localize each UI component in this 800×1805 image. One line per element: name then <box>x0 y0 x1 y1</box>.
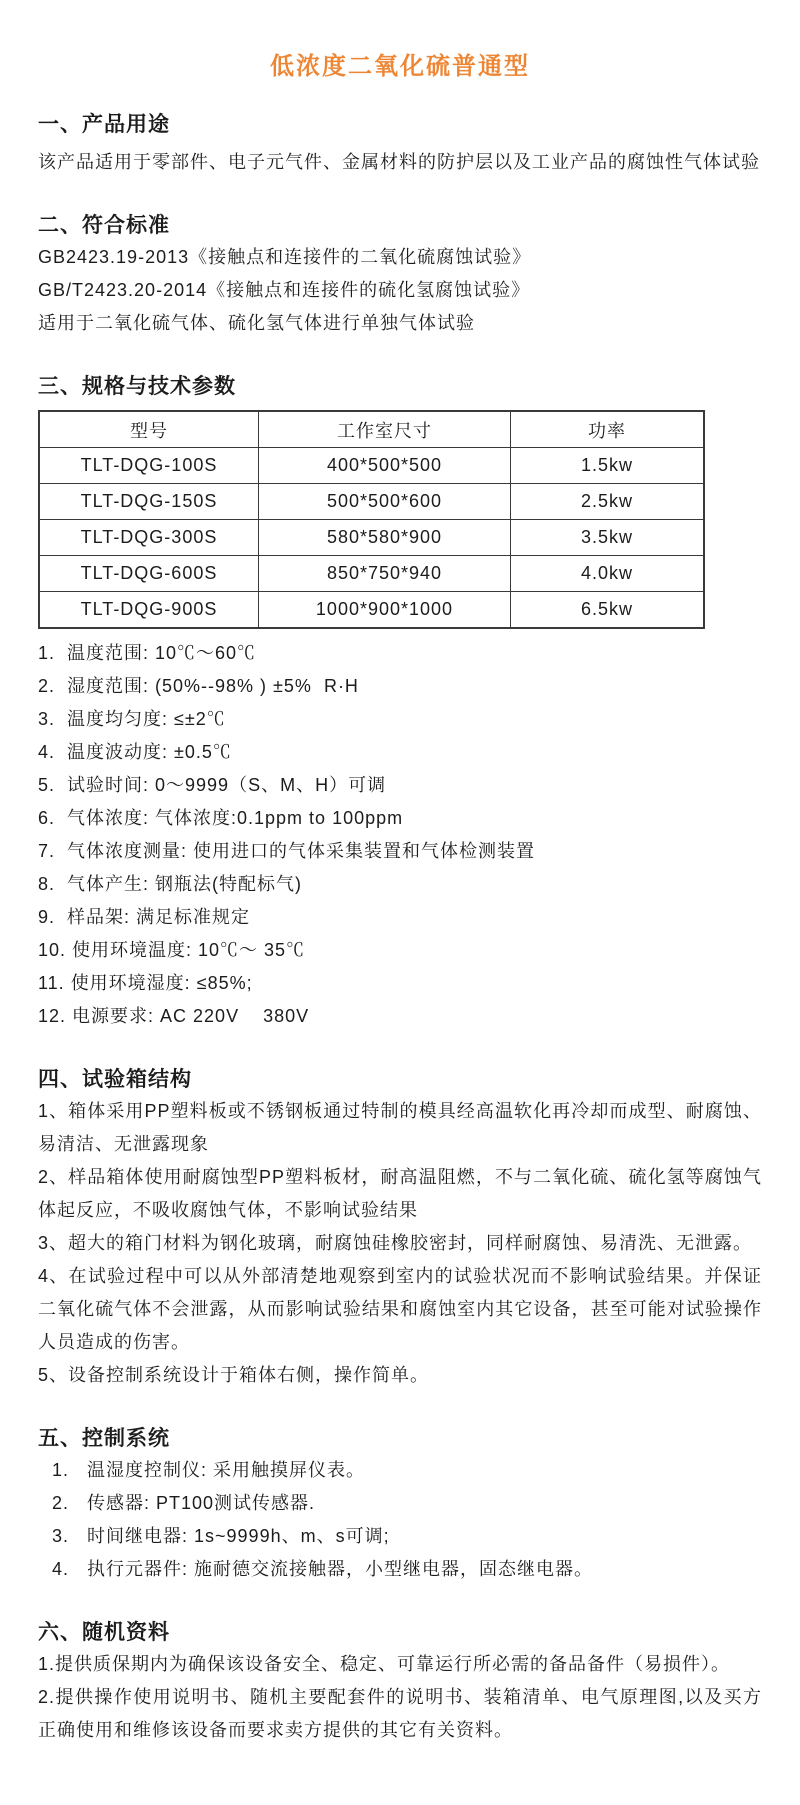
table-cell-model: TLT-DQG-100S <box>39 448 259 484</box>
spec-item: 2. 湿度范围: (50%--98% ) ±5% R·H <box>38 670 762 703</box>
table-row: TLT-DQG-100S 400*500*500 1.5kw <box>39 448 704 484</box>
spec-item: 11. 使用环境湿度: ≤85%; <box>38 967 762 1000</box>
section-heading-documents: 六、随机资料 <box>38 1618 762 1648</box>
documents-paragraph: 2.提供操作使用说明书、随机主要配套件的说明书、装箱清单、电气原理图,以及买方正… <box>38 1681 762 1747</box>
spec-item: 5. 试验时间: 0～9999（S、M、H）可调 <box>38 769 762 802</box>
spec-item: 12. 电源要求: AC 220V 380V <box>38 1000 762 1033</box>
spec-item: 7. 气体浓度测量: 使用进口的气体采集装置和气体检测装置 <box>38 835 762 868</box>
control-system-item: 4. 执行元器件: 施耐德交流接触器，小型继电器，固态继电器。 <box>38 1553 762 1586</box>
control-system-item: 1. 温湿度控制仪: 采用触摸屏仪表。 <box>38 1454 762 1487</box>
documents-paragraph: 1.提供质保期内为确保该设备安全、稳定、可靠运行所必需的备品备件（易损件）。 <box>38 1648 762 1681</box>
structure-paragraphs: 1、箱体采用PP塑料板或不锈钢板通过特制的模具经高温软化再冷却而成型、耐腐蚀、易… <box>38 1095 762 1392</box>
table-cell-power: 3.5kw <box>511 520 705 556</box>
section-heading-control-system: 五、控制系统 <box>38 1424 762 1454</box>
standard-line: GB/T2423.20-2014《接触点和连接件的硫化氢腐蚀试验》 <box>38 274 762 307</box>
table-cell-size: 1000*900*1000 <box>259 592 511 629</box>
table-cell-model: TLT-DQG-300S <box>39 520 259 556</box>
structure-paragraph: 3、超大的箱门材料为钢化玻璃，耐腐蚀硅橡胶密封，同样耐腐蚀、易清洗、无泄露。 <box>38 1227 762 1260</box>
table-cell-power: 6.5kw <box>511 592 705 629</box>
control-system-list: 1. 温湿度控制仪: 采用触摸屏仪表。 2. 传感器: PT100测试传感器. … <box>38 1454 762 1586</box>
spec-item: 9. 样品架: 满足标准规定 <box>38 901 762 934</box>
section-heading-specs: 三、规格与技术参数 <box>38 372 762 402</box>
standard-line: 适用于二氧化硫气体、硫化氢气体进行单独气体试验 <box>38 307 762 340</box>
structure-paragraph: 1、箱体采用PP塑料板或不锈钢板通过特制的模具经高温软化再冷却而成型、耐腐蚀、易… <box>38 1095 762 1161</box>
control-system-item: 2. 传感器: PT100测试传感器. <box>38 1487 762 1520</box>
standard-line: GB2423.19-2013《接触点和连接件的二氧化硫腐蚀试验》 <box>38 241 762 274</box>
table-cell-model: TLT-DQG-600S <box>39 556 259 592</box>
spec-item: 1. 温度范围: 10℃～60℃ <box>38 637 762 670</box>
structure-paragraph: 2、样品箱体使用耐腐蚀型PP塑料板材，耐高温阻燃，不与二氧化硫、硫化氢等腐蚀气体… <box>38 1161 762 1227</box>
table-cell-power: 2.5kw <box>511 484 705 520</box>
spec-table: 型号 工作室尺寸 功率 TLT-DQG-100S 400*500*500 1.5… <box>38 410 705 629</box>
spec-item: 6. 气体浓度: 气体浓度:0.1ppm to 100ppm <box>38 802 762 835</box>
table-cell-size: 850*750*940 <box>259 556 511 592</box>
table-cell-size: 580*580*900 <box>259 520 511 556</box>
table-row: TLT-DQG-300S 580*580*900 3.5kw <box>39 520 704 556</box>
spec-table-header-row: 型号 工作室尺寸 功率 <box>39 411 704 448</box>
structure-paragraph: 4、在试验过程中可以从外部清楚地观察到室内的试验状况而不影响试验结果。并保证二氧… <box>38 1260 762 1359</box>
section-heading-standards: 二、符合标准 <box>38 211 762 241</box>
table-cell-power: 4.0kw <box>511 556 705 592</box>
document-page: 低浓度二氧化硫普通型 一、产品用途 该产品适用于零部件、电子元气件、金属材料的防… <box>0 0 800 1805</box>
spec-item: 3. 温度均匀度: ≤±2℃ <box>38 703 762 736</box>
product-use-paragraph: 该产品适用于零部件、电子元气件、金属材料的防护层以及工业产品的腐蚀性气体试验 <box>38 146 762 179</box>
control-system-item: 3. 时间继电器: 1s~9999h、m、s可调; <box>38 1520 762 1553</box>
spec-item-list: 1. 温度范围: 10℃～60℃ 2. 湿度范围: (50%--98% ) ±5… <box>38 637 762 1033</box>
table-row: TLT-DQG-900S 1000*900*1000 6.5kw <box>39 592 704 629</box>
spec-item: 10. 使用环境温度: 10℃～ 35℃ <box>38 934 762 967</box>
section-heading-structure: 四、试验箱结构 <box>38 1065 762 1095</box>
doc-title: 低浓度二氧化硫普通型 <box>38 50 762 84</box>
table-row: TLT-DQG-600S 850*750*940 4.0kw <box>39 556 704 592</box>
spec-table-header-model: 型号 <box>39 411 259 448</box>
table-row: TLT-DQG-150S 500*500*600 2.5kw <box>39 484 704 520</box>
spec-item: 8. 气体产生: 钢瓶法(特配标气) <box>38 868 762 901</box>
structure-paragraph: 5、设备控制系统设计于箱体右侧，操作简单。 <box>38 1359 762 1392</box>
table-cell-model: TLT-DQG-150S <box>39 484 259 520</box>
table-cell-size: 400*500*500 <box>259 448 511 484</box>
spec-item: 4. 温度波动度: ±0.5℃ <box>38 736 762 769</box>
table-cell-model: TLT-DQG-900S <box>39 592 259 629</box>
table-cell-power: 1.5kw <box>511 448 705 484</box>
table-cell-size: 500*500*600 <box>259 484 511 520</box>
spec-table-header-size: 工作室尺寸 <box>259 411 511 448</box>
spec-table-header-power: 功率 <box>511 411 705 448</box>
section-heading-product-use: 一、产品用途 <box>38 110 762 140</box>
documents-paragraphs: 1.提供质保期内为确保该设备安全、稳定、可靠运行所必需的备品备件（易损件）。 2… <box>38 1648 762 1747</box>
